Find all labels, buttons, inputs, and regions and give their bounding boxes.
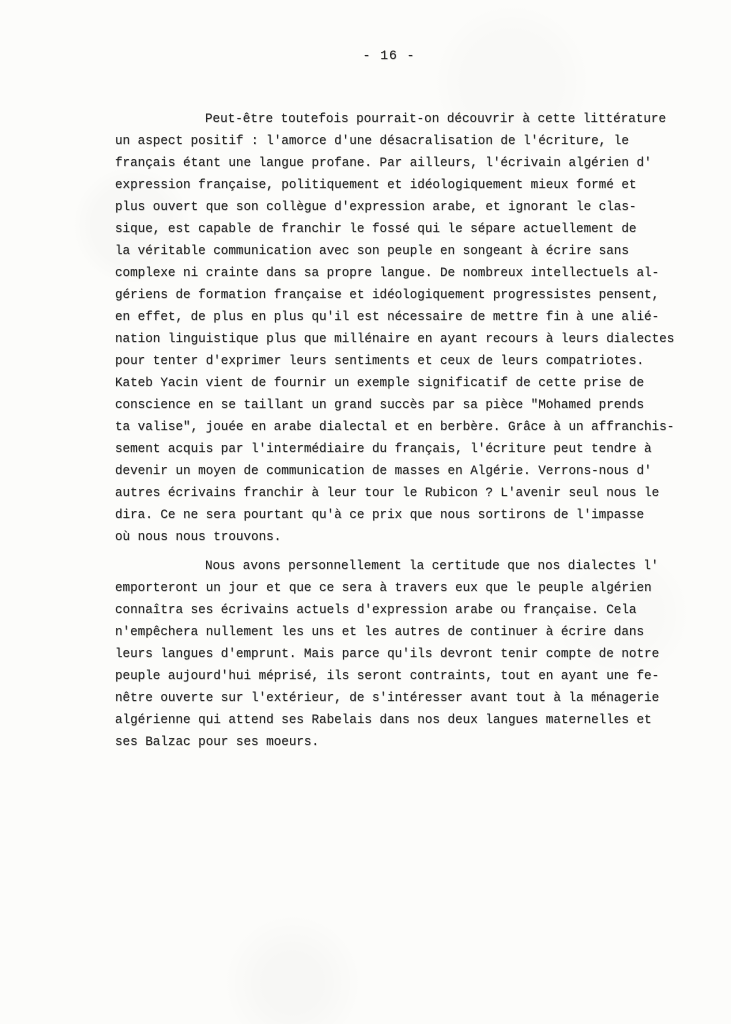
- document-page: - 16 - Peut-être toutefois pourrait-on d…: [0, 0, 731, 1024]
- paragraph: Peut-être toutefois pourrait-on découvri…: [115, 108, 677, 548]
- text-line: devenir un moyen de communication de mas…: [115, 460, 677, 482]
- text-line: plus ouvert que son collègue d'expressio…: [115, 196, 677, 218]
- text-line: où nous nous trouvons.: [115, 526, 677, 548]
- text-line: expression française, politiquement et i…: [115, 174, 677, 196]
- text-line: algérienne qui attend ses Rabelais dans …: [115, 709, 677, 731]
- text-line: ta valise", jouée en arabe dialectal et …: [115, 416, 677, 438]
- text-line: leurs langues d'emprunt. Mais parce qu'i…: [115, 643, 677, 665]
- text-line: Peut-être toutefois pourrait-on découvri…: [115, 108, 677, 130]
- text-line: n'empêchera nullement les uns et les aut…: [115, 621, 677, 643]
- text-line: sement acquis par l'intermédiaire du fra…: [115, 438, 677, 460]
- text-line: un aspect positif : l'amorce d'une désac…: [115, 130, 677, 152]
- page-number: - 16 -: [115, 48, 663, 63]
- text-line: dira. Ce ne sera pourtant qu'à ce prix q…: [115, 504, 677, 526]
- text-line: en effet, de plus en plus qu'il est néce…: [115, 306, 677, 328]
- text-line: conscience en se taillant un grand succè…: [115, 394, 677, 416]
- text-line: emporteront un jour et que ce sera à tra…: [115, 577, 677, 599]
- paragraph: Nous avons personnellement la certitude …: [115, 555, 677, 753]
- text-line: complexe ni crainte dans sa propre langu…: [115, 262, 677, 284]
- body-text: Peut-être toutefois pourrait-on découvri…: [115, 108, 677, 753]
- text-line: connaîtra ses écrivains actuels d'expres…: [115, 599, 677, 621]
- text-line: Nous avons personnellement la certitude …: [115, 555, 677, 577]
- text-line: français étant une langue profane. Par a…: [115, 152, 677, 174]
- text-line: gériens de formation française et idéolo…: [115, 284, 677, 306]
- text-line: autres écrivains franchir à leur tour le…: [115, 482, 677, 504]
- text-line: ses Balzac pour ses moeurs.: [115, 731, 677, 753]
- text-line: nêtre ouverte sur l'extérieur, de s'inté…: [115, 687, 677, 709]
- text-line: la véritable communication avec son peup…: [115, 240, 677, 262]
- text-line: nation linguistique plus que millénaire …: [115, 328, 677, 350]
- text-line: Kateb Yacin vient de fournir un exemple …: [115, 372, 677, 394]
- text-line: peuple aujourd'hui méprisé, ils seront c…: [115, 665, 677, 687]
- text-line: sique, est capable de franchir le fossé …: [115, 218, 677, 240]
- text-line: pour tenter d'exprimer leurs sentiments …: [115, 350, 677, 372]
